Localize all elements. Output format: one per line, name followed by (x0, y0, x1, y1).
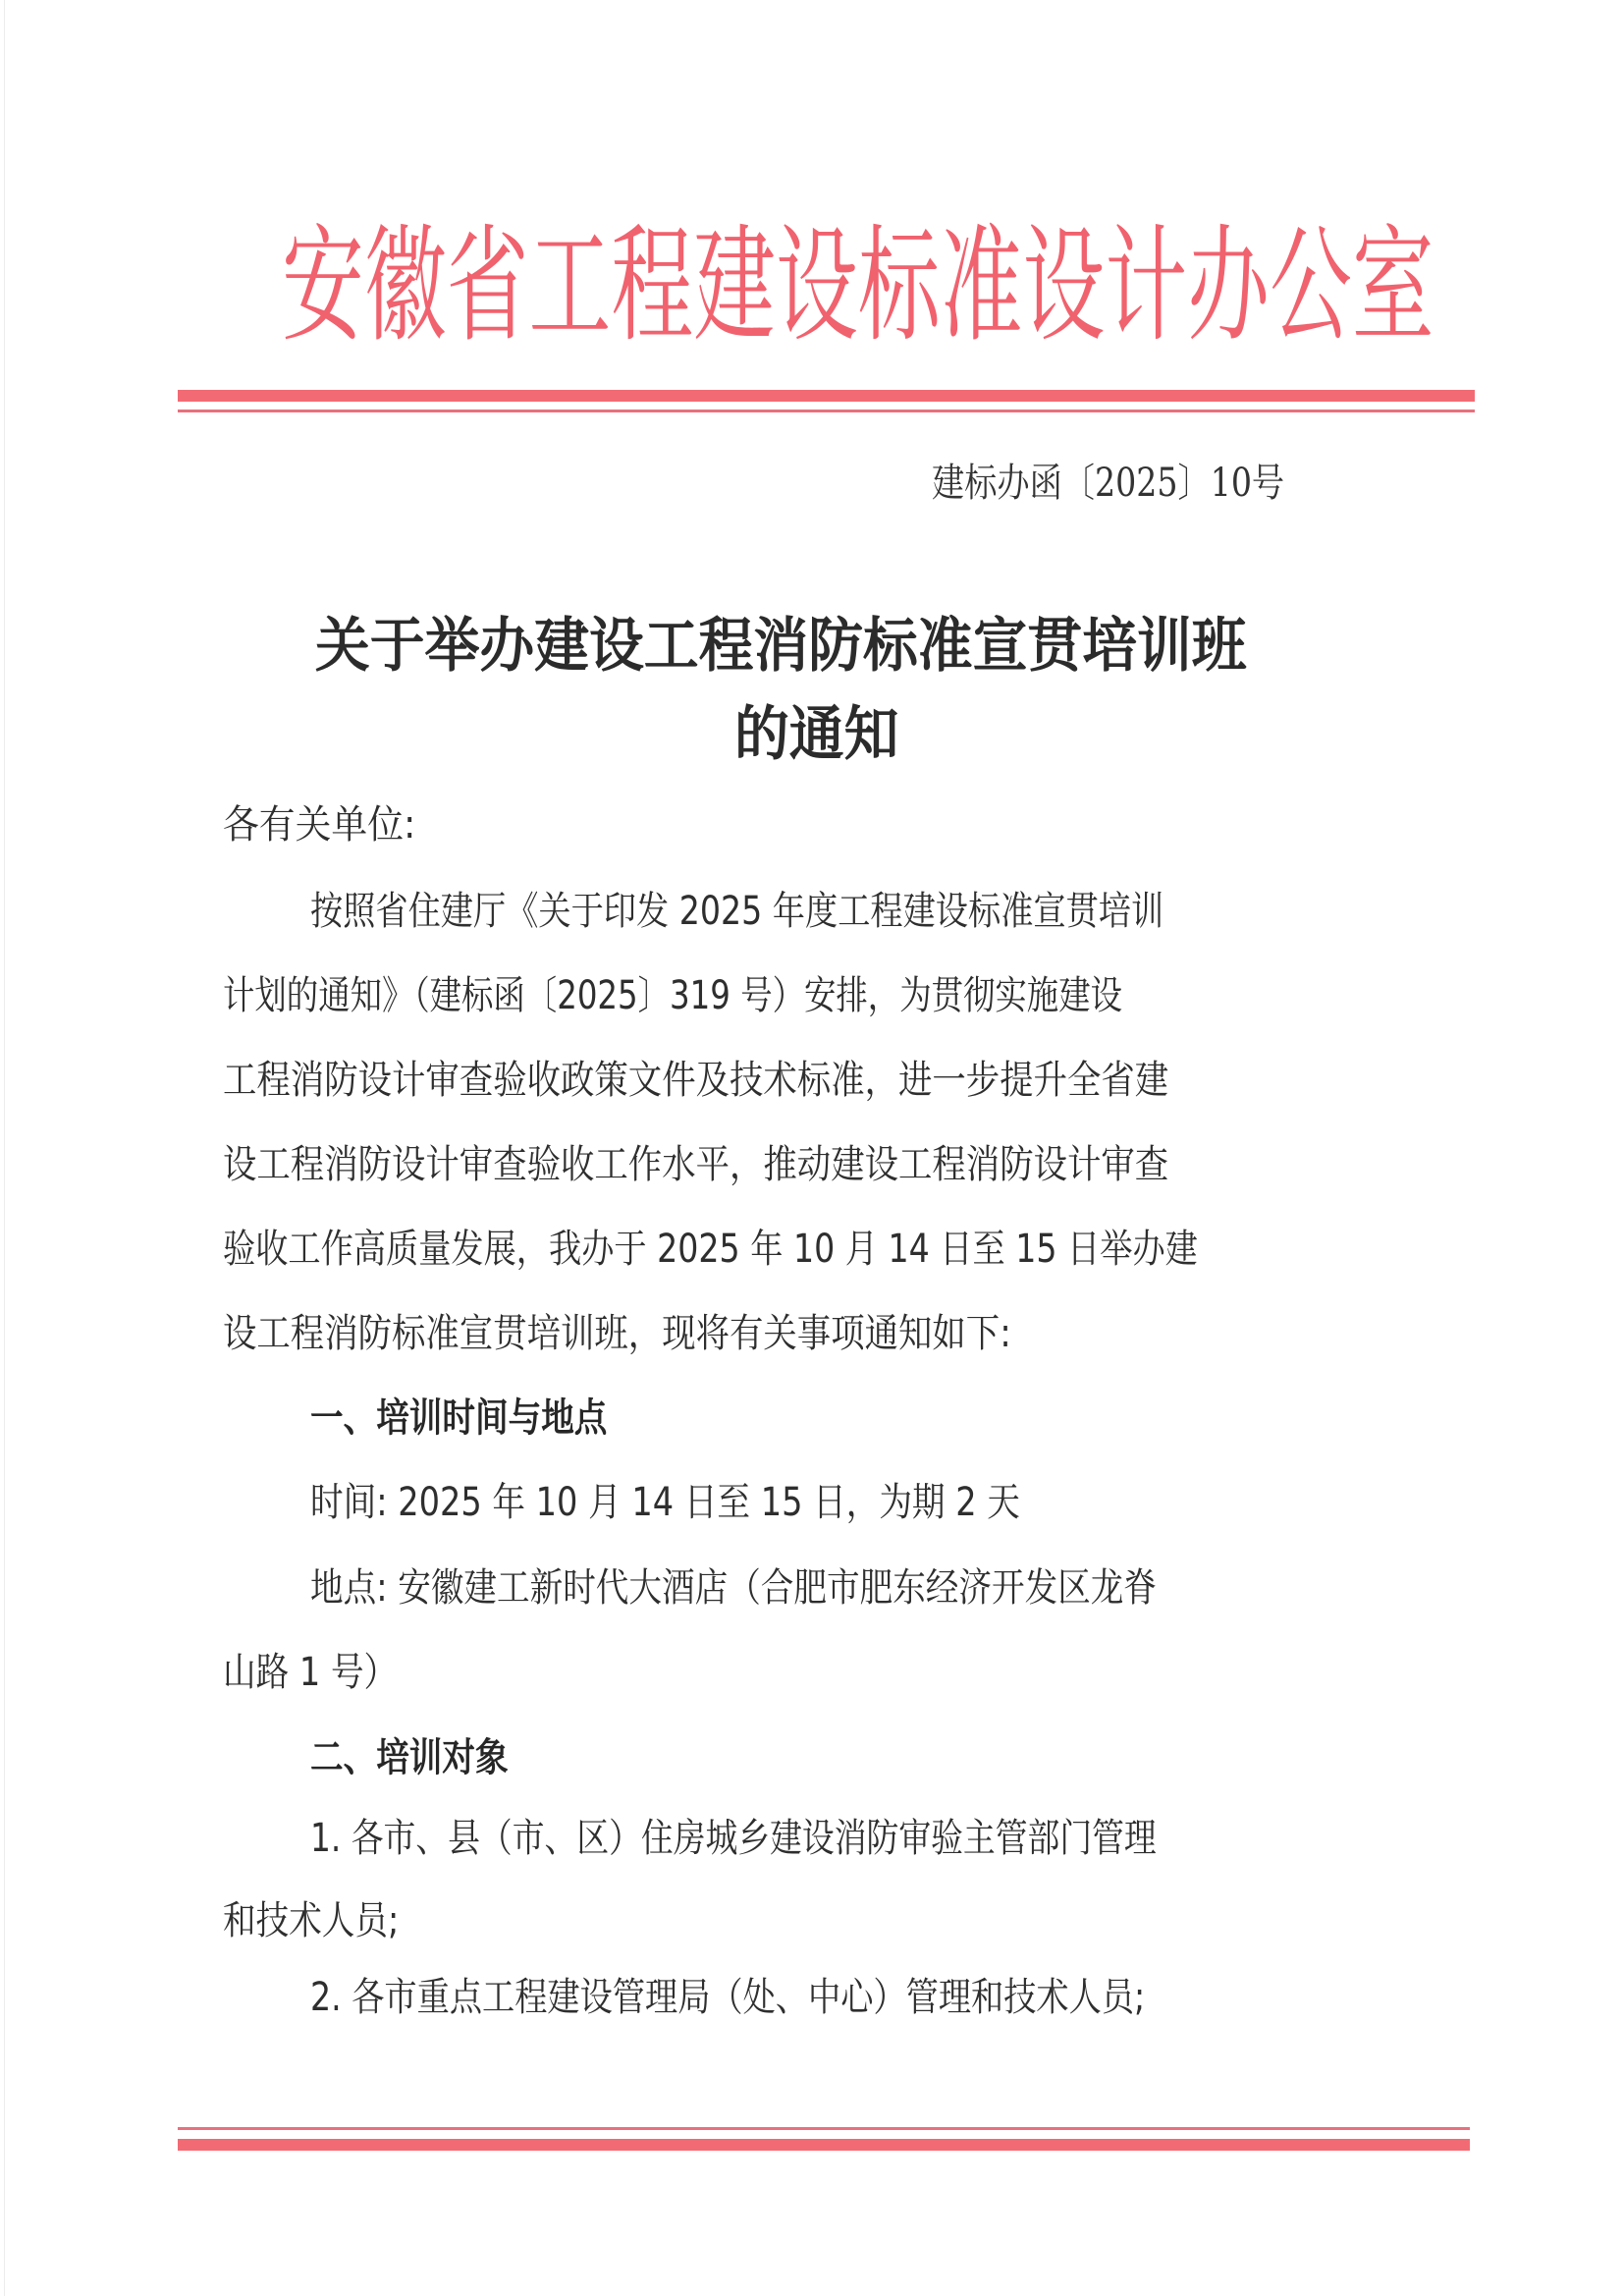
training-time: 时间: 2025 年 10 月 14 日至 15 日，为期 2 天 (310, 1483, 1020, 1522)
intro-line: 验收工作高质量发展，我办于 2025 年 10 月 14 日至 15 日举办建 (223, 1230, 1198, 1269)
footer-thick-rule (178, 2139, 1470, 2151)
document-title-line-2: 的通知 (734, 705, 898, 764)
trainee-item-1: 1. 各市、县（市、区）住房城乡建设消防审验主管部门管理 (310, 1819, 1157, 1858)
intro-line: 计划的通知》（建标函〔2025〕319 号）安排，为贯彻实施建设 (223, 976, 1122, 1015)
section-heading-trainees: 二、培训对象 (310, 1738, 509, 1777)
trainee-item-1-continued: 和技术人员; (223, 1901, 399, 1941)
document-page: 安徽省工程建设标准设计办公室 建标办函〔2025〕10号 关于举办建设工程消防标… (0, 0, 1623, 2296)
document-number: 建标办函〔2025〕10号 (932, 464, 1284, 503)
section-heading-time-location: 一、培训时间与地点 (310, 1398, 607, 1438)
intro-line: 设工程消防标准宣贯培训班，现将有关事项通知如下: (223, 1314, 1011, 1353)
masthead-thick-rule (178, 390, 1475, 402)
training-location: 地点: 安徽建工新时代大酒店（合肥市肥东经济开发区龙脊 (310, 1568, 1157, 1608)
masthead-thin-rule (178, 410, 1475, 412)
agency-masthead: 安徽省工程建设标准设计办公室 (282, 224, 1434, 350)
salutation: 各有关单位: (223, 805, 415, 845)
document-title-line-1: 关于举办建设工程消防标准宣贯培训班 (315, 617, 1247, 676)
intro-line: 设工程消防设计审查验收工作水平，推动建设工程消防设计审查 (223, 1145, 1168, 1184)
intro-line: 按照省住建厅《关于印发 2025 年度工程建设标准宣贯培训 (310, 892, 1163, 931)
page-edge (4, 0, 5, 2296)
intro-line: 工程消防设计审查验收政策文件及技术标准，进一步提升全省建 (223, 1061, 1168, 1100)
training-location-continued: 山路 1 号） (223, 1653, 397, 1692)
trainee-item-2: 2. 各市重点工程建设管理局（处、中心）管理和技术人员; (310, 1978, 1145, 2017)
footer-thin-rule (178, 2127, 1470, 2130)
